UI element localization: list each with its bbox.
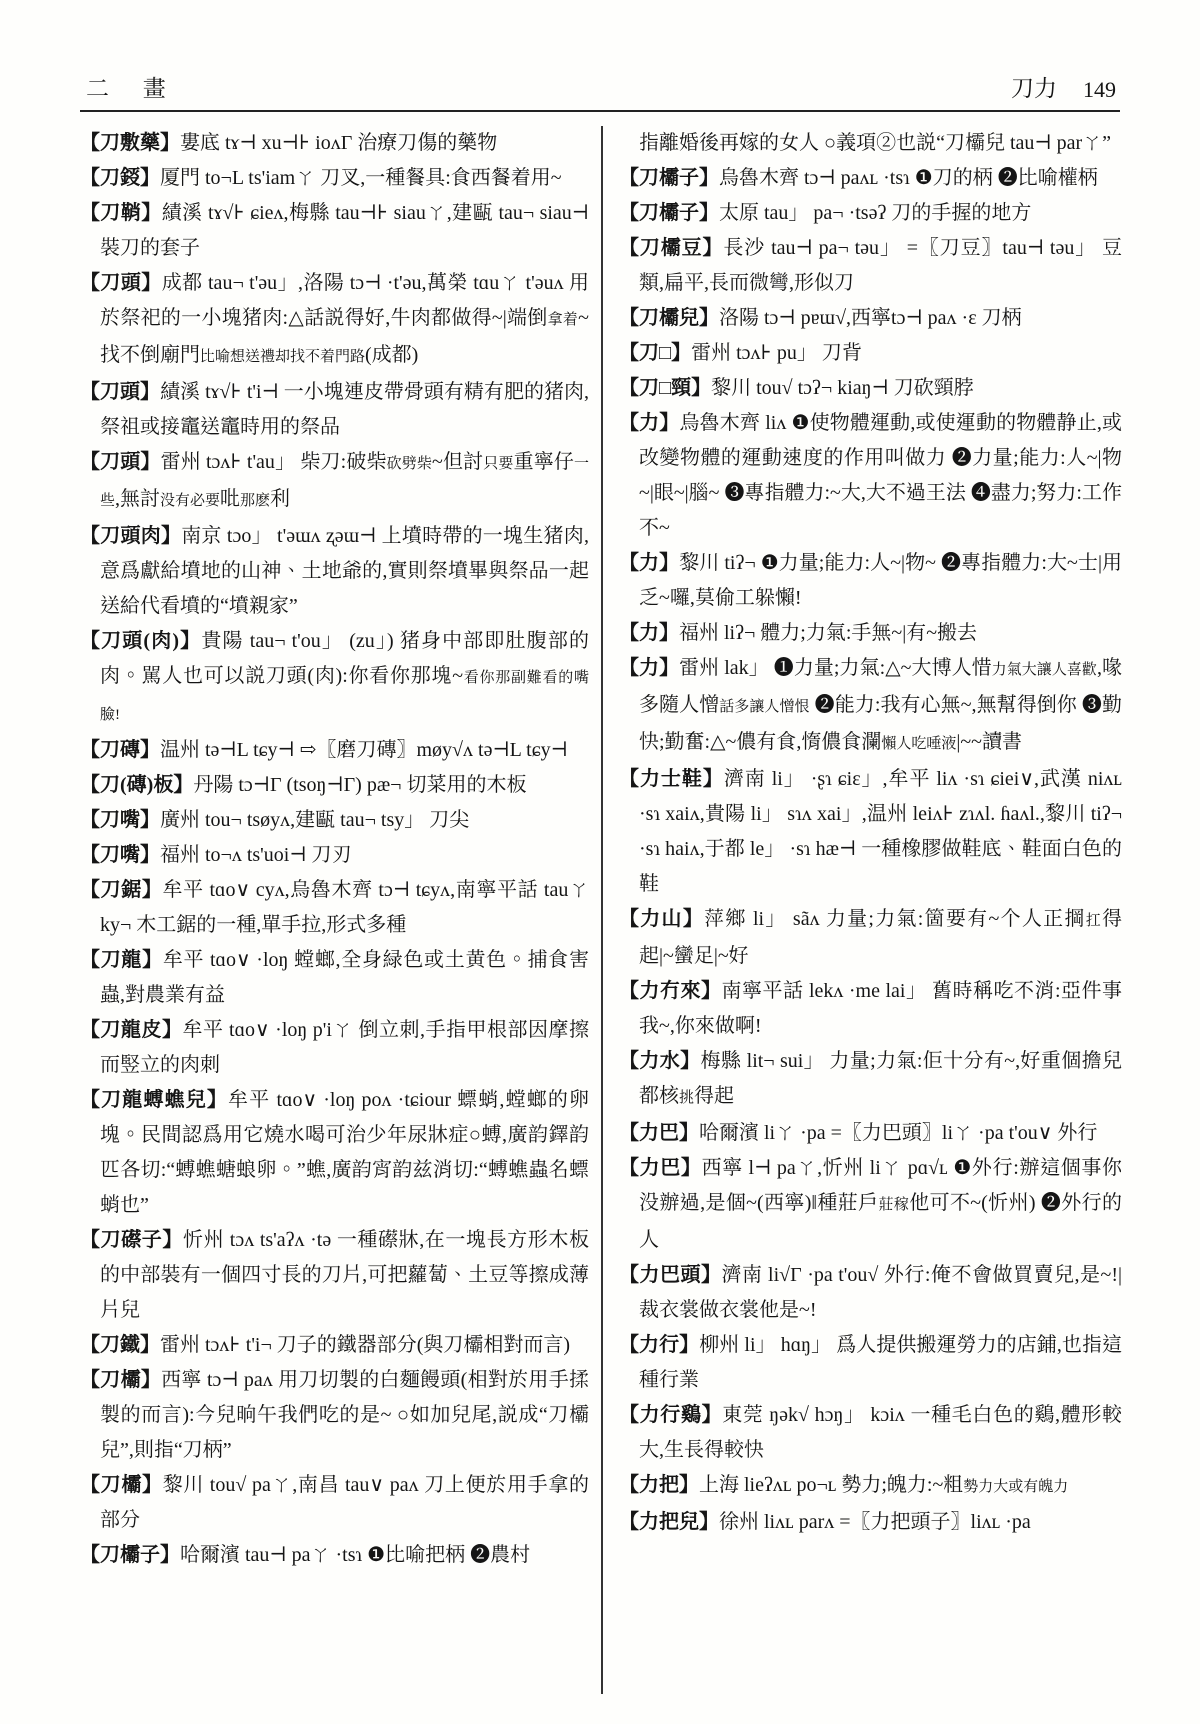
- dict-entry: 【刀頭(肉)】貴陽 tau¬ t'ou」 (zu」) 猪身中部即肚腹部的肉。駡人…: [80, 624, 589, 733]
- entry-text: 太原 tau」 pa¬ ·tsəʔ 刀的手握的地方: [719, 202, 1031, 224]
- entry-text: 利: [270, 488, 290, 510]
- entry-headword: 【刀頭】: [80, 272, 162, 294]
- entry-text: 雷州 lak」 ❶力量;力氣:△~大博人惜: [679, 657, 992, 679]
- entry-text: 吡: [220, 488, 240, 510]
- entry-headword: 【刀嘴】: [80, 844, 160, 866]
- dict-entry: 【刀欛子】哈爾濱 tau⊣ paㄚ ·tsɿ ❶比喻把柄 ❷農村: [80, 1538, 589, 1573]
- dict-entry: 【力冇來】南寧平話 lekʌ ·me lai」 舊時稱吃不消:亞件事我~,你來做…: [619, 974, 1122, 1044]
- entry-headword: 【刀□】: [619, 342, 691, 364]
- entry-headword: 【力巴頭】: [619, 1264, 722, 1286]
- dict-entry: 【刀鋸】牟平 tɑo∨ cyʌ,烏魯木齊 tɔ⊣ tɕyʌ,南寧平話 tauㄚ …: [80, 873, 589, 943]
- entry-text: |~~讀書: [956, 731, 1022, 753]
- entry-gloss-small: 砍劈柴: [387, 456, 432, 472]
- guide-words: 刀力: [1011, 70, 1057, 103]
- dict-entry: 【力山】萍鄉 li」 sãʌ 力量;力氣:箇要有~个人正掆扛得起|~蠻足|~好: [619, 902, 1122, 974]
- running-head-right: 刀力 149: [1011, 70, 1116, 103]
- entry-headword: 【刀龍䗚蟭兒】: [80, 1089, 228, 1111]
- dict-entry: 【刀欛豆】長沙 tau⊣ pa¬ təu」 =〖刀豆〗tau⊣ təu」 豆類,…: [619, 231, 1122, 301]
- entry-headword: 【力水】: [619, 1050, 701, 1072]
- entry-text: 烏魯木齊 tɔ⊣ paʌʟ ·tsɿ ❶刀的柄 ❷比喻權柄: [719, 167, 1098, 189]
- entry-text: 黎川 tiʔ¬ ❶力量;能力:人~|物~ ❷專指體力:大~士|用乏~囉,莫偷工躲…: [639, 552, 1122, 609]
- entry-headword: 【刀龍】: [80, 949, 163, 971]
- section-title: 二 畫: [86, 70, 180, 103]
- dict-entry: 【刀□頸】黎川 tou√ tɔʔ¬ kiaŋ⊣ 刀砍頸脖: [619, 371, 1122, 406]
- entry-headword: 【刀欛子】: [619, 202, 719, 224]
- dict-entry: 【力巴】西寧 l⊣ paㄚ,忻州 liㄚ pɑ√ʟ ❶外行:辦這個事你没辦過,是…: [619, 1151, 1122, 1258]
- entry-headword: 【刀鋄】: [80, 167, 160, 189]
- dict-entry: 【刀頭】雷州 tɔʌ⊦ t'au」 柴刀:破柴砍劈柴~但討只要重寧仔一些,無討没…: [80, 445, 589, 519]
- entry-text: 西寧 tɔ⊣ paʌ 用刀切製的白麵饅頭(相對於用手揉製的而言):今兒晌午我們吃…: [100, 1369, 589, 1461]
- entry-headword: 【刀頭(肉)】: [80, 630, 201, 652]
- entry-headword: 【力】: [619, 412, 679, 434]
- entry-gloss-small: 勢力大或有魄力: [963, 1479, 1068, 1495]
- dict-entry: 【刀龍皮】牟平 tɑo∨ ·loŋ p'iㄚ 倒立刺,手指甲根部因摩擦而竪立的肉…: [80, 1013, 589, 1083]
- entry-text: 績溪 tɤ√⊦ t'i⊣ 一小塊連皮帶骨頭有精有肥的猪肉,祭祖或接竈送竈時用的祭…: [100, 381, 589, 438]
- entry-text: 績溪 tɤ√⊦ ɕieʌ,梅縣 tau⊣⊦ siauㄚ,建甌 tau¬ siau…: [100, 202, 589, 259]
- entry-text: 雷州 tɔʌ⊦ t'au」 柴刀:破柴: [161, 451, 387, 473]
- dict-entry: 【刀嘴】福州 to¬ʌ ts'uoi⊣ 刀刃: [80, 838, 589, 873]
- entry-headword: 【刀欛】: [80, 1369, 161, 1391]
- entry-headword: 【刀龍皮】: [80, 1019, 183, 1041]
- entry-headword: 【刀鐵】: [80, 1334, 160, 1356]
- entry-text: 徐州 liʌʟ parʌ =〖力把頭子〗liʌʟ ·pa: [719, 1511, 1031, 1533]
- dictionary-page: 二 畫 刀力 149 【刀敷藥】婁底 tɤ⊣ xu⊣⊦ ioʌΓ 治療刀傷的藥物…: [0, 0, 1200, 1724]
- entry-headword: 【力】: [619, 622, 679, 644]
- entry-text: 哈爾濱 liㄚ ·pa =〖力巴頭〗liㄚ ·pa t'ou∨ 外行: [699, 1122, 1097, 1144]
- entry-headword: 【刀欛子】: [80, 1544, 180, 1566]
- entry-text: 牟平 tɑo∨ ·loŋ 螳螂,全身緑色或土黄色。捕食害蟲,對農業有益: [100, 949, 589, 1006]
- entry-text: 福州 liʔ¬ 體力;力氣:手無~|有~搬去: [679, 622, 977, 644]
- entry-headword: 【力】: [619, 552, 679, 574]
- entry-gloss-small: 只要: [483, 456, 513, 472]
- dict-entry: 【力士鞋】濟南 li」 ·ʂɿ ɕiɛ」,牟平 liʌ ·sɿ ɕiei∨,武漢…: [619, 762, 1122, 902]
- dict-entry: 【力】烏魯木齊 liʌ ❶使物體運動,或使運動的物體静止,或改變物體的運動速度的…: [619, 406, 1122, 546]
- entry-text: 牟平 tɑo∨ cyʌ,烏魯木齊 tɔ⊣ tɕyʌ,南寧平話 tauㄚ ky¬ …: [100, 879, 589, 936]
- entry-text: 丹陽 tɔ⊣Γ (tsoŋ⊣Γ) pæ¬ 切菜用的木板: [193, 774, 526, 796]
- dict-entry: 【力巴】哈爾濱 liㄚ ·pa =〖力巴頭〗liㄚ ·pa t'ou∨ 外行: [619, 1116, 1122, 1151]
- dict-entry: 【刀礤子】忻州 tɔʌ ts'aʔʌ ·tə 一種礤牀,在一塊長方形木板的中部裝…: [80, 1223, 589, 1328]
- entry-headword: 【刀嘴】: [80, 809, 160, 831]
- entry-text: 成都 tau¬ t'əu」,洛陽 tɔ⊣ ·t'əu,萬榮 tɑuㄚ t'əuʌ…: [100, 272, 589, 329]
- dict-entry: 【刀嘴】廣州 tou¬ tsøyʌ,建甌 tau¬ tsy」 刀尖: [80, 803, 589, 838]
- entry-gloss-small: 話多讓人憎恨: [719, 699, 809, 715]
- entry-headword: 【刀(磚)板】: [80, 774, 193, 796]
- entry-headword: 【刀欛子】: [619, 167, 719, 189]
- dict-entry: 【力把兒】徐州 liʌʟ parʌ =〖力把頭子〗liʌʟ ·pa: [619, 1505, 1122, 1540]
- dict-entry: 【刀鋄】厦門 to¬L ts'iamㄚ 刀叉,一種餐具:食西餐着用~: [80, 161, 589, 196]
- entry-text: 雷州 tɔʌ⊦ pu」 刀背: [691, 342, 862, 364]
- entry-headword: 【刀鋸】: [80, 879, 163, 901]
- dict-entry-continuation: 指離婚後再嫁的女人 ○義項②也説“刀欛兒 tau⊣ parㄚ”: [619, 126, 1122, 161]
- entry-text: 重寧仔: [514, 451, 574, 473]
- dict-entry: 【刀欛子】太原 tau」 pa¬ ·tsəʔ 刀的手握的地方: [619, 196, 1122, 231]
- dict-entry: 【力】福州 liʔ¬ 體力;力氣:手無~|有~搬去: [619, 616, 1122, 651]
- entry-gloss-small: 挑: [679, 1090, 694, 1106]
- entry-headword: 【刀□頸】: [619, 377, 711, 399]
- entry-headword: 【刀敷藥】: [80, 132, 180, 154]
- entry-headword: 【力把兒】: [619, 1511, 719, 1533]
- entry-gloss-small: 力氣大讓人喜歡: [992, 662, 1097, 678]
- dict-entry: 【刀龍】牟平 tɑo∨ ·loŋ 螳螂,全身緑色或土黄色。捕食害蟲,對農業有益: [80, 943, 589, 1013]
- entry-headword: 【力巴】: [619, 1157, 702, 1179]
- column-left: 【刀敷藥】婁底 tɤ⊣ xu⊣⊦ ioʌΓ 治療刀傷的藥物【刀鋄】厦門 to¬L…: [80, 126, 601, 1694]
- dict-entry: 【刀欛】黎川 tou√ paㄚ,南昌 tau∨ paʌ 刀上便於用手拿的部分: [80, 1468, 589, 1538]
- entry-gloss-small: 没有必要: [160, 493, 220, 509]
- entry-headword: 【刀欛兒】: [619, 307, 719, 329]
- entry-headword: 【力行鷄】: [619, 1404, 722, 1426]
- entry-gloss-small: 懶人吃唾液: [881, 736, 956, 752]
- entry-headword: 【刀頭】: [80, 381, 160, 403]
- entry-text: 柳州 li」 hɑŋ」 爲人提供搬運勞力的店鋪,也指這種行業: [639, 1334, 1122, 1391]
- dict-entry: 【刀敷藥】婁底 tɤ⊣ xu⊣⊦ ioʌΓ 治療刀傷的藥物: [80, 126, 589, 161]
- dict-entry: 【刀頭】績溪 tɤ√⊦ t'i⊣ 一小塊連皮帶骨頭有精有肥的猪肉,祭祖或接竈送竈…: [80, 375, 589, 445]
- entry-headword: 【刀欛】: [80, 1474, 163, 1496]
- entry-text: 婁底 tɤ⊣ xu⊣⊦ ioʌΓ 治療刀傷的藥物: [180, 132, 497, 154]
- entry-headword: 【力行】: [619, 1334, 699, 1356]
- entry-gloss-small: 拿着: [548, 312, 579, 328]
- entry-headword: 【刀磚】: [80, 739, 160, 761]
- entry-text: 黎川 tou√ paㄚ,南昌 tau∨ paʌ 刀上便於用手拿的部分: [100, 1474, 589, 1531]
- entry-gloss-small: 比喻想送禮却找不着門路: [200, 349, 365, 365]
- entry-text: 黎川 tou√ tɔʔ¬ kiaŋ⊣ 刀砍頸脖: [711, 377, 974, 399]
- entry-text: 萍鄉 li」 sãʌ 力量;力氣:箇要有~个人正掆: [704, 908, 1086, 930]
- entry-text: 厦門 to¬L ts'iamㄚ 刀叉,一種餐具:食西餐着用~: [160, 167, 562, 189]
- dict-entry: 【刀欛兒】洛陽 tɔ⊣ pɐɯ√,西寧tɔ⊣ paʌ ·ɛ 刀柄: [619, 301, 1122, 336]
- entry-headword: 【力把】: [619, 1474, 699, 1496]
- entry-text: 得起: [694, 1085, 734, 1107]
- dict-entry: 【力】雷州 lak」 ❶力量;力氣:△~大博人惜力氣大讓人喜歡,喙多隨人憎話多讓…: [619, 651, 1122, 762]
- dict-entry: 【刀欛子】烏魯木齊 tɔ⊣ paʌʟ ·tsɿ ❶刀的柄 ❷比喻權柄: [619, 161, 1122, 196]
- entry-headword: 【力巴】: [619, 1122, 699, 1144]
- entry-text: 廣州 tou¬ tsøyʌ,建甌 tau¬ tsy」 刀尖: [160, 809, 469, 831]
- entry-text: 烏魯木齊 liʌ ❶使物體運動,或使運動的物體静止,或改變物體的運動速度的作用叫…: [639, 412, 1122, 539]
- dict-entry: 【力巴頭】濟南 li√Γ ·pa t'ou√ 外行:俺不會做買賣兒,是~!|裁衣…: [619, 1258, 1122, 1328]
- entry-text: ,無討: [115, 488, 160, 510]
- entry-headword: 【刀頭肉】: [80, 525, 181, 547]
- dict-entry: 【刀頭】成都 tau¬ t'əu」,洛陽 tɔ⊣ ·t'əu,萬榮 tɑuㄚ t…: [80, 266, 589, 375]
- entry-headword: 【力士鞋】: [619, 768, 724, 790]
- entry-headword: 【刀鞘】: [80, 202, 162, 224]
- entry-headword: 【刀頭】: [80, 451, 161, 473]
- dict-entry: 【力行鷄】東莞 ŋək√ hɔŋ」 kɔiʌ 一種毛白色的鷄,體形較大,生長得較…: [619, 1398, 1122, 1468]
- header-rule: [80, 110, 1120, 112]
- dict-entry: 【力水】梅縣 lit¬ sui」 力量;力氣:佢十分有~,好重個擔兒都核挑得起: [619, 1044, 1122, 1116]
- dict-entry: 【刀鞘】績溪 tɤ√⊦ ɕieʌ,梅縣 tau⊣⊦ siauㄚ,建甌 tau¬ …: [80, 196, 589, 266]
- dict-entry: 【刀欛】西寧 tɔ⊣ paʌ 用刀切製的白麵饅頭(相對於用手揉製的而言):今兒晌…: [80, 1363, 589, 1468]
- entry-gloss-small: 扛: [1086, 913, 1102, 929]
- text-columns: 【刀敷藥】婁底 tɤ⊣ xu⊣⊦ ioʌΓ 治療刀傷的藥物【刀鋄】厦門 to¬L…: [80, 126, 1122, 1694]
- dict-entry: 【刀(磚)板】丹陽 tɔ⊣Γ (tsoŋ⊣Γ) pæ¬ 切菜用的木板: [80, 768, 589, 803]
- page-number: 149: [1083, 77, 1116, 103]
- dict-entry: 【刀磚】温州 tə⊣L tɕy⊣ ⇨〖磨刀磚〗møy√ʌ tə⊣L tɕy⊣: [80, 733, 589, 768]
- entry-gloss-small: 莊稼: [878, 1197, 909, 1213]
- entry-text: 福州 to¬ʌ ts'uoi⊣ 刀刃: [160, 844, 352, 866]
- entry-text: 洛陽 tɔ⊣ pɐɯ√,西寧tɔ⊣ paʌ ·ɛ 刀柄: [719, 307, 1022, 329]
- dict-entry: 【力把】上海 lieʔʌʟ po¬ʟ 勢力;魄力:~粗勢力大或有魄力: [619, 1468, 1122, 1505]
- dict-entry: 【刀龍䗚蟭兒】牟平 tɑo∨ ·loŋ poʌ ·tɕiour 螵蛸,螳螂的卵塊…: [80, 1083, 589, 1223]
- running-header: 二 畫 刀力 149: [86, 70, 1116, 103]
- dict-entry: 【力行】柳州 li」 hɑŋ」 爲人提供搬運勞力的店鋪,也指這種行業: [619, 1328, 1122, 1398]
- dict-entry: 【刀頭肉】南京 tɔo」 t'əɯʌ ʐəɯ⊣ 上墳時帶的一塊生猪肉,意爲獻給墳…: [80, 519, 589, 624]
- entry-text: 温州 tə⊣L tɕy⊣ ⇨〖磨刀磚〗møy√ʌ tə⊣L tɕy⊣: [160, 739, 568, 761]
- entry-headword: 【力】: [619, 657, 679, 679]
- entry-text: ~但討: [432, 451, 483, 473]
- entry-text: 雷州 tɔʌ⊦ t'i¬ 刀子的鐵器部分(與刀欛相對而言): [160, 1334, 570, 1356]
- entry-text: 上海 lieʔʌʟ po¬ʟ 勢力;魄力:~粗: [699, 1474, 963, 1496]
- entry-headword: 【力冇來】: [619, 980, 721, 1002]
- entry-text: (成都): [365, 344, 418, 366]
- entry-text: 指離婚後再嫁的女人 ○義項②也説“刀欛兒 tau⊣ parㄚ”: [639, 132, 1111, 154]
- dict-entry: 【力】黎川 tiʔ¬ ❶力量;能力:人~|物~ ❷專指體力:大~士|用乏~囉,莫…: [619, 546, 1122, 616]
- entry-headword: 【刀欛豆】: [619, 237, 723, 259]
- dict-entry: 【刀鐵】雷州 tɔʌ⊦ t'i¬ 刀子的鐵器部分(與刀欛相對而言): [80, 1328, 589, 1363]
- entry-gloss-small: 那麽: [240, 493, 270, 509]
- dict-entry: 【刀□】雷州 tɔʌ⊦ pu」 刀背: [619, 336, 1122, 371]
- entry-text: 哈爾濱 tau⊣ paㄚ ·tsɿ ❶比喻把柄 ❷農村: [180, 1544, 530, 1566]
- entry-headword: 【力山】: [619, 908, 704, 930]
- entry-headword: 【刀礤子】: [80, 1229, 183, 1251]
- column-right: 指離婚後再嫁的女人 ○義項②也説“刀欛兒 tau⊣ parㄚ”【刀欛子】烏魯木齊…: [601, 126, 1122, 1694]
